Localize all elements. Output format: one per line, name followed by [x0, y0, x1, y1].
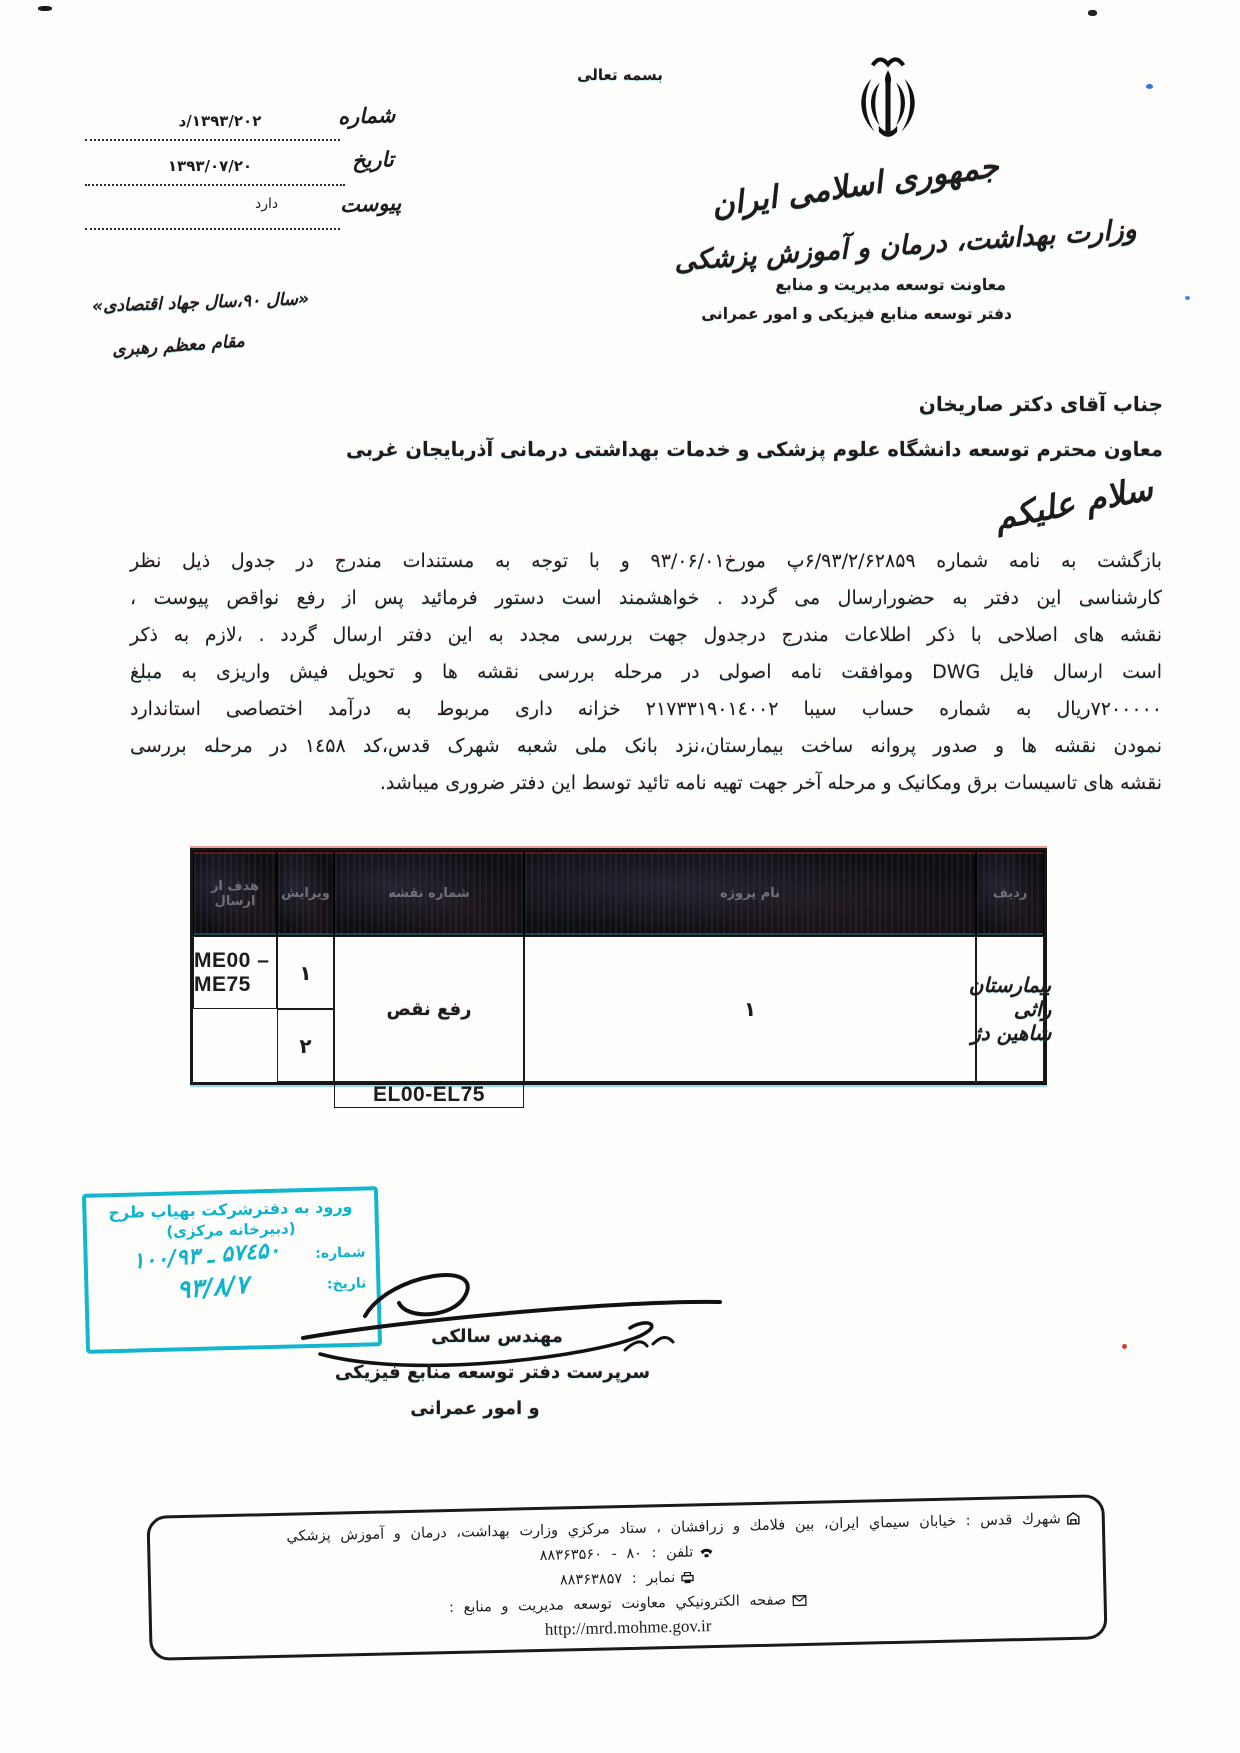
ref-number-value: ۱۳۹۳/۲۰۲/د	[110, 112, 330, 130]
letterhead-office: دفتر توسعه منابع فیزیکی و امور عمرانی	[701, 305, 1012, 323]
body-line: بازگشت به نامه شماره ۶/۹۳/۲/۶۲۸۵۹پ مورخ۹…	[130, 543, 1162, 580]
phone-icon	[699, 1543, 714, 1566]
signatory-title-1: سرپرست دفتر توسعه منابع فیزیکی	[325, 1362, 660, 1383]
scan-artifact	[1185, 296, 1190, 300]
iran-emblem-icon	[852, 52, 924, 148]
table-revision-value: ۱	[524, 936, 976, 1082]
ref-attachment-label: پیوست	[340, 191, 402, 217]
fax-icon	[681, 1568, 695, 1591]
slogan-leader: مقام معظم رهبری	[111, 331, 245, 360]
table-header-row-number: ردیف	[976, 851, 1044, 936]
footer-contact-box: شهرك قدس : خيابان سيماي ايران، بين فلامك…	[146, 1494, 1107, 1661]
table-drawing-number-1: ME00 –ME75	[193, 936, 277, 1009]
ref-number-label: شماره	[338, 103, 396, 129]
table-header-purpose: هدف از ارسال	[193, 851, 277, 936]
letterhead-ministry: وزارت بهداشت، درمان و آموزش پزشکی	[673, 214, 1138, 277]
footer-web-label: صفحه الكترونيكي معاونت توسعه مديريت و من…	[449, 1592, 786, 1616]
footer-phone-value: ۸۰ - ۸۸۳۶۳۵۶۰	[539, 1546, 642, 1564]
drawings-table: ردیف نام پروژه شماره نقشه ویرایش هدف از …	[190, 848, 1047, 1085]
table-drawing-number-2: EL00-EL75	[334, 1082, 524, 1108]
table-row-number-2: ۲	[277, 1009, 334, 1082]
scan-artifact	[1122, 1344, 1127, 1349]
ref-number-dotted-line	[85, 138, 340, 141]
body-line: نقشه های اصلاحی با ذکر اطلاعات مندرج درج…	[130, 617, 1162, 654]
addressee-title: معاون محترم توسعه دانشگاه علوم پزشکی و خ…	[346, 438, 1163, 461]
slogan-year: «سال ۹۰،سال جهاد اقتصادی»	[92, 289, 310, 317]
ref-date-value: ۱۳۹۳/۰۷/۲۰	[110, 157, 310, 175]
ref-date-label: تاریخ	[352, 147, 395, 172]
letterhead-republic: جمهوری اسلامی ایران	[709, 148, 1001, 224]
scan-artifact	[38, 6, 52, 11]
signatory-title-2: و امور عمرانی	[325, 1398, 625, 1419]
scan-artifact	[1088, 10, 1097, 16]
footer-phone-label: تلفن :	[651, 1544, 693, 1561]
body-line: نمودن نقشه ها و صدور پروانه ساخت بیمارست…	[130, 728, 1162, 765]
signatory-name: مهندس سالکی	[352, 1326, 642, 1347]
table-header-revision: ویرایش	[277, 851, 334, 936]
table-row-number-1: ۱	[277, 936, 334, 1009]
body-line: کارشناسی این دفتر به حضورارسال می گردد .…	[130, 580, 1162, 617]
scanned-letter-page: بسمه تعالی جمهوری اسلامی ایران وزارت بهد…	[0, 0, 1240, 1753]
envelope-icon	[792, 1591, 807, 1614]
ref-date-dotted-line	[85, 183, 345, 186]
table-project-name: بیمارستان راثی شاهین دژ	[976, 936, 1044, 1082]
table-header-project: نام پروژه	[524, 851, 976, 936]
scan-artifact	[1146, 84, 1153, 89]
letter-body: بازگشت به نامه شماره ۶/۹۳/۲/۶۲۸۵۹پ مورخ۹…	[130, 543, 1162, 802]
letterhead-deputy: معاونت توسعه مدیریت و منابع	[775, 276, 1006, 294]
body-line: ۷۲۰۰۰۰۰ریال به شماره حساب سیبا ۲۱۷۳۳۱۹۰۱…	[130, 691, 1162, 728]
body-line: است ارسال فایل DWG وموافقت نامه اصولی در…	[130, 654, 1162, 691]
building-icon	[1067, 1510, 1081, 1533]
footer-fax-value: ۸۸۳۶۳۸۵۷	[560, 1571, 623, 1588]
body-line: نقشه های تاسیسات برق ومکانیک و مرحله آخر…	[130, 765, 1162, 802]
table-header-drawing-number: شماره نقشه	[334, 851, 524, 936]
addressee-name: جناب آقای دکتر صاریخان	[919, 392, 1163, 416]
bismillah-text: بسمه تعالی	[505, 66, 735, 84]
footer-fax-label: نمابر :	[632, 1570, 676, 1587]
table-purpose-value: رفع نقص	[334, 936, 524, 1082]
ref-attachment-dotted-line	[85, 227, 340, 230]
greeting-handwriting: سلام علیکم	[991, 468, 1156, 537]
ref-attachment-value: دارد	[255, 196, 278, 212]
